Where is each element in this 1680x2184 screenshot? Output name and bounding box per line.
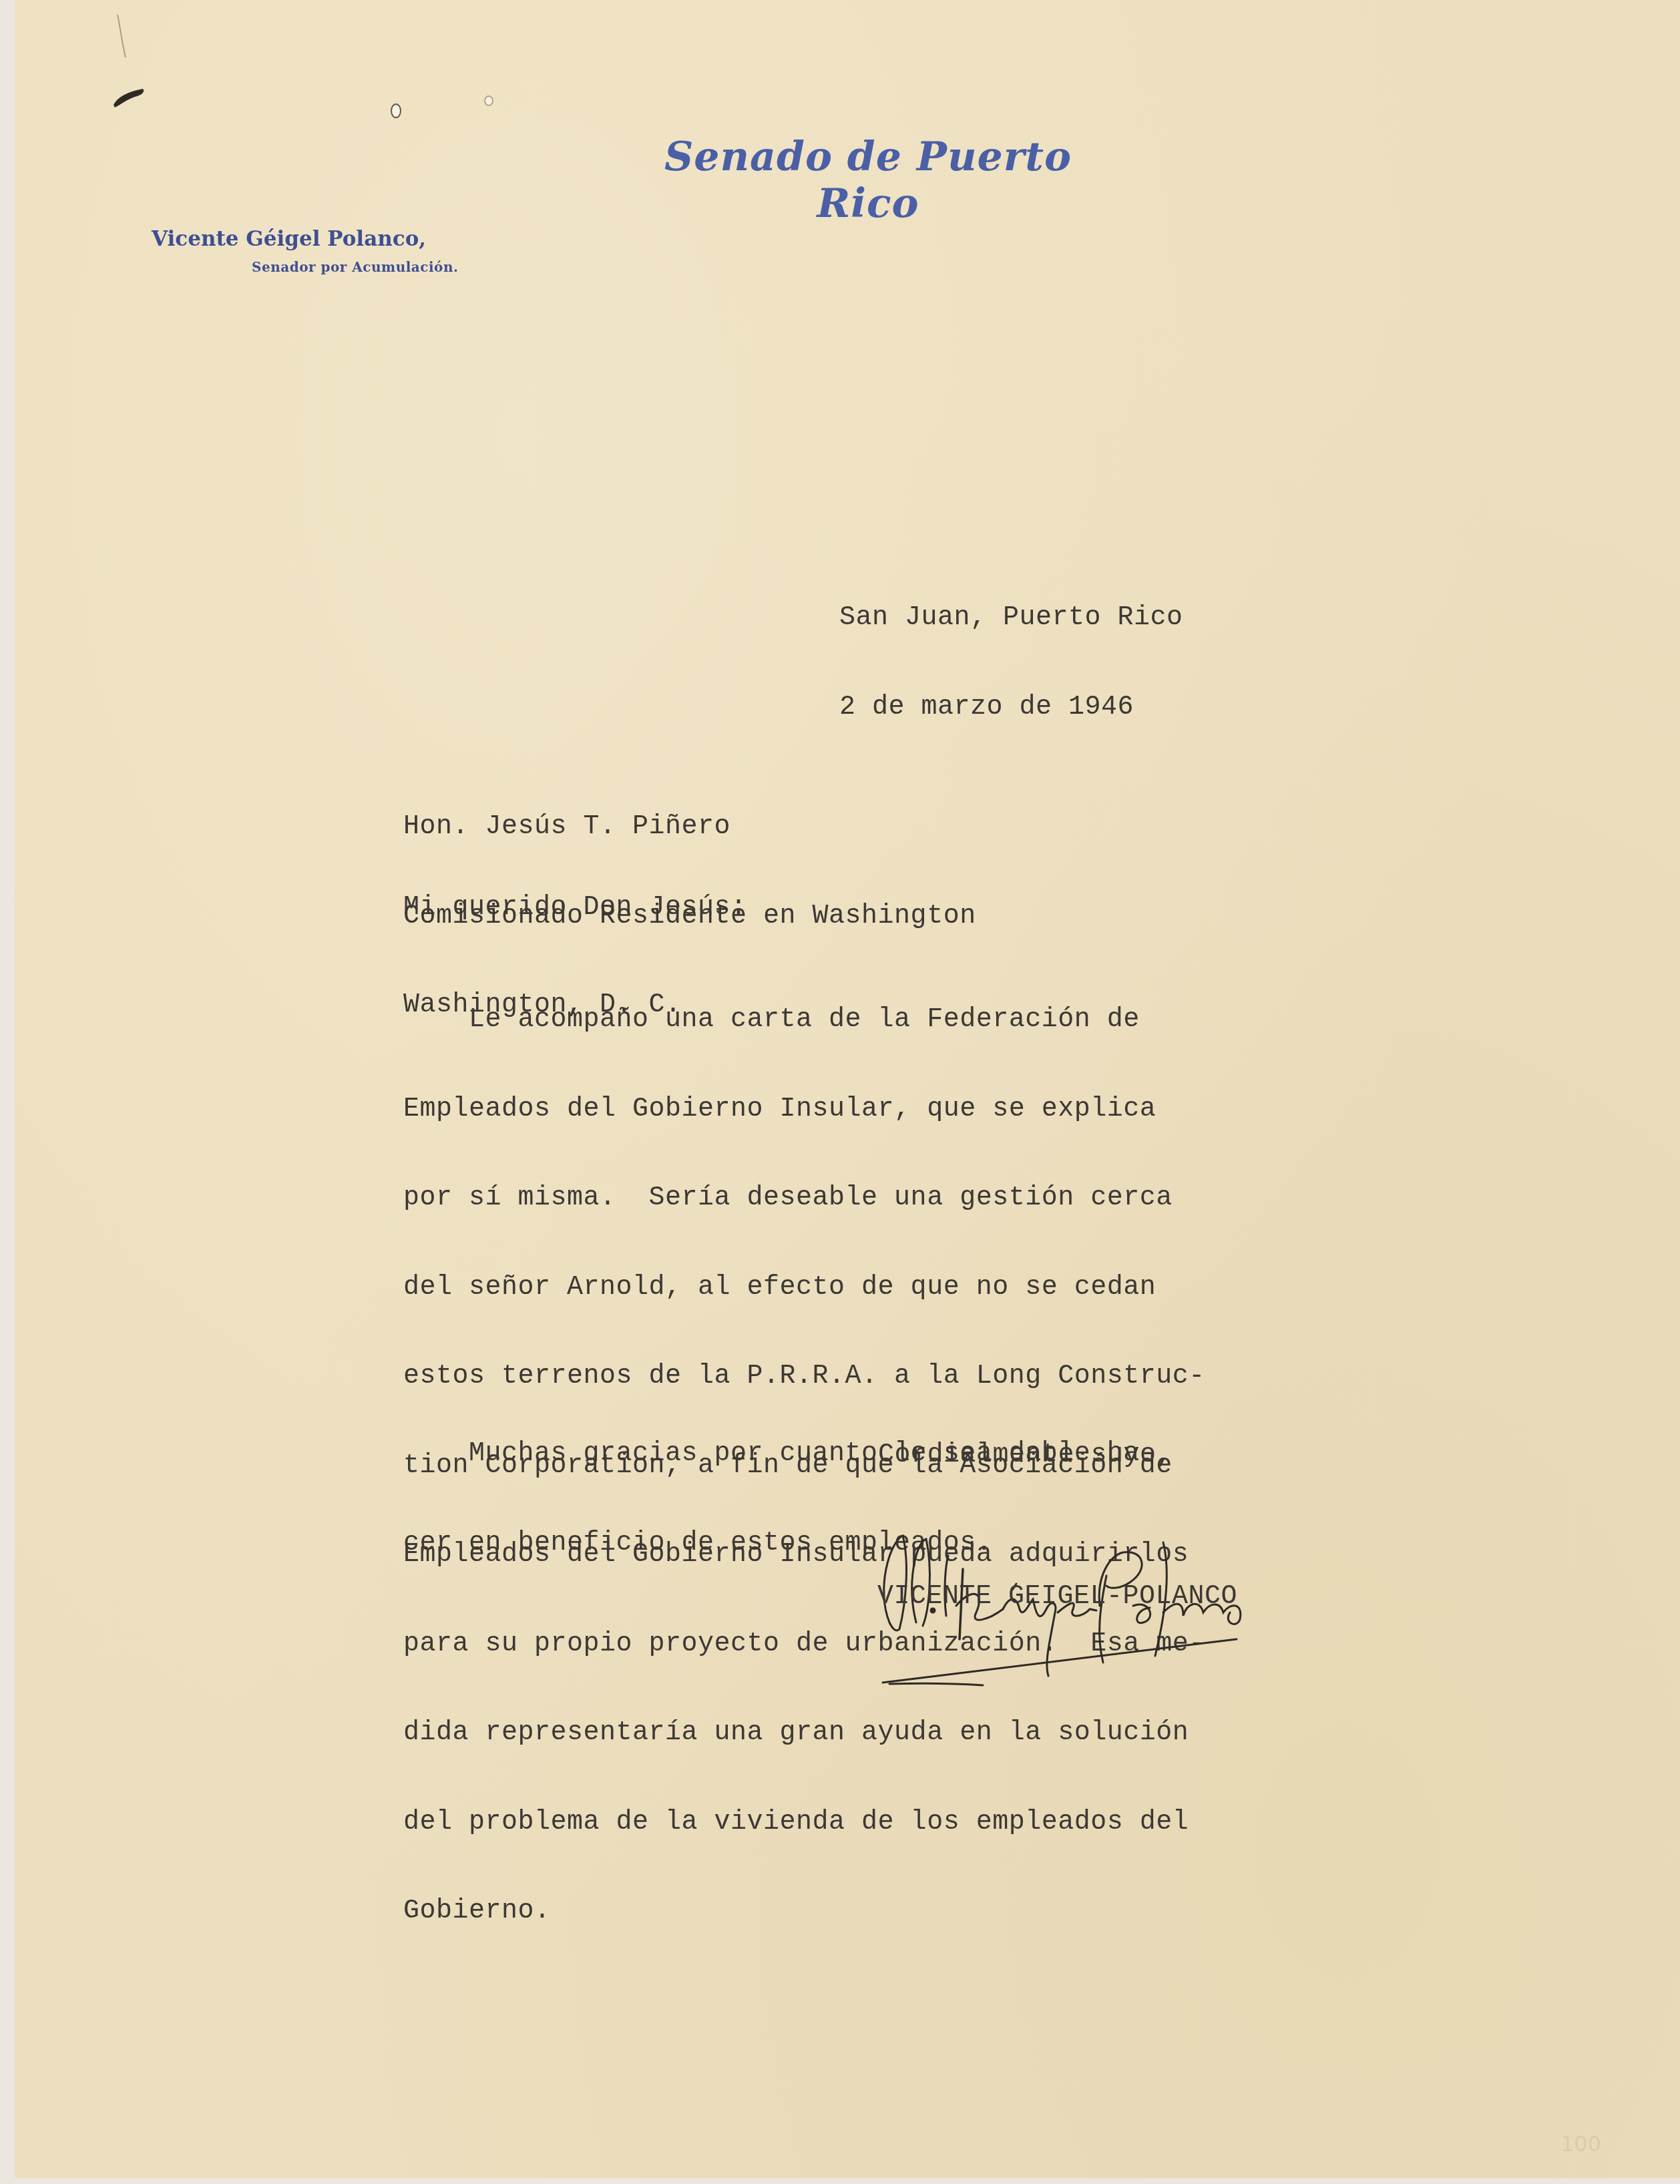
punch-hole-mark <box>482 93 495 108</box>
place-date-block: San Juan, Puerto Rico 2 de marzo de 1946 <box>839 544 1183 782</box>
letterhead-sender-name: Vicente Géigel Polanco, <box>152 227 426 251</box>
ink-smudge-mark <box>108 83 148 110</box>
body-line: por sí misma. Sería deseable una gestión… <box>403 1184 1205 1214</box>
body-line: Empleados del Gobierno Insular, que se e… <box>403 1095 1205 1125</box>
archive-pencil-number: 100 <box>1560 2131 1601 2157</box>
punch-hole-mark <box>389 101 403 120</box>
body-line: Gobierno. <box>403 1897 1205 1927</box>
salutation: Mi querido Don Jesús: <box>403 893 747 923</box>
crease-mark <box>115 13 128 60</box>
date-line: 2 de marzo de 1946 <box>839 693 1183 723</box>
signer-typed-name: VICENTE GEIGEL-POLANCO <box>877 1582 1237 1612</box>
letterhead-sender-role: Senador por Acumulación. <box>252 259 458 275</box>
letter-page: Senado de Puerto Rico Vicente Géigel Pol… <box>15 0 1680 2178</box>
place-line: San Juan, Puerto Rico <box>839 604 1183 634</box>
recipient-name: Hon. Jesús T. Piñero <box>403 813 976 843</box>
body-line: del señor Arnold, al efecto de que no se… <box>403 1273 1205 1303</box>
body-line: dida representaría una gran ayuda en la … <box>403 1719 1205 1749</box>
body-line: del problema de la vivienda de los emple… <box>403 1808 1205 1838</box>
body-line: Le acompaño una carta de la Federación d… <box>403 1006 1205 1036</box>
letterhead-title: Senado de Puerto Rico <box>634 134 1102 227</box>
closing-line: Cordialmente suyo, <box>878 1441 1173 1471</box>
